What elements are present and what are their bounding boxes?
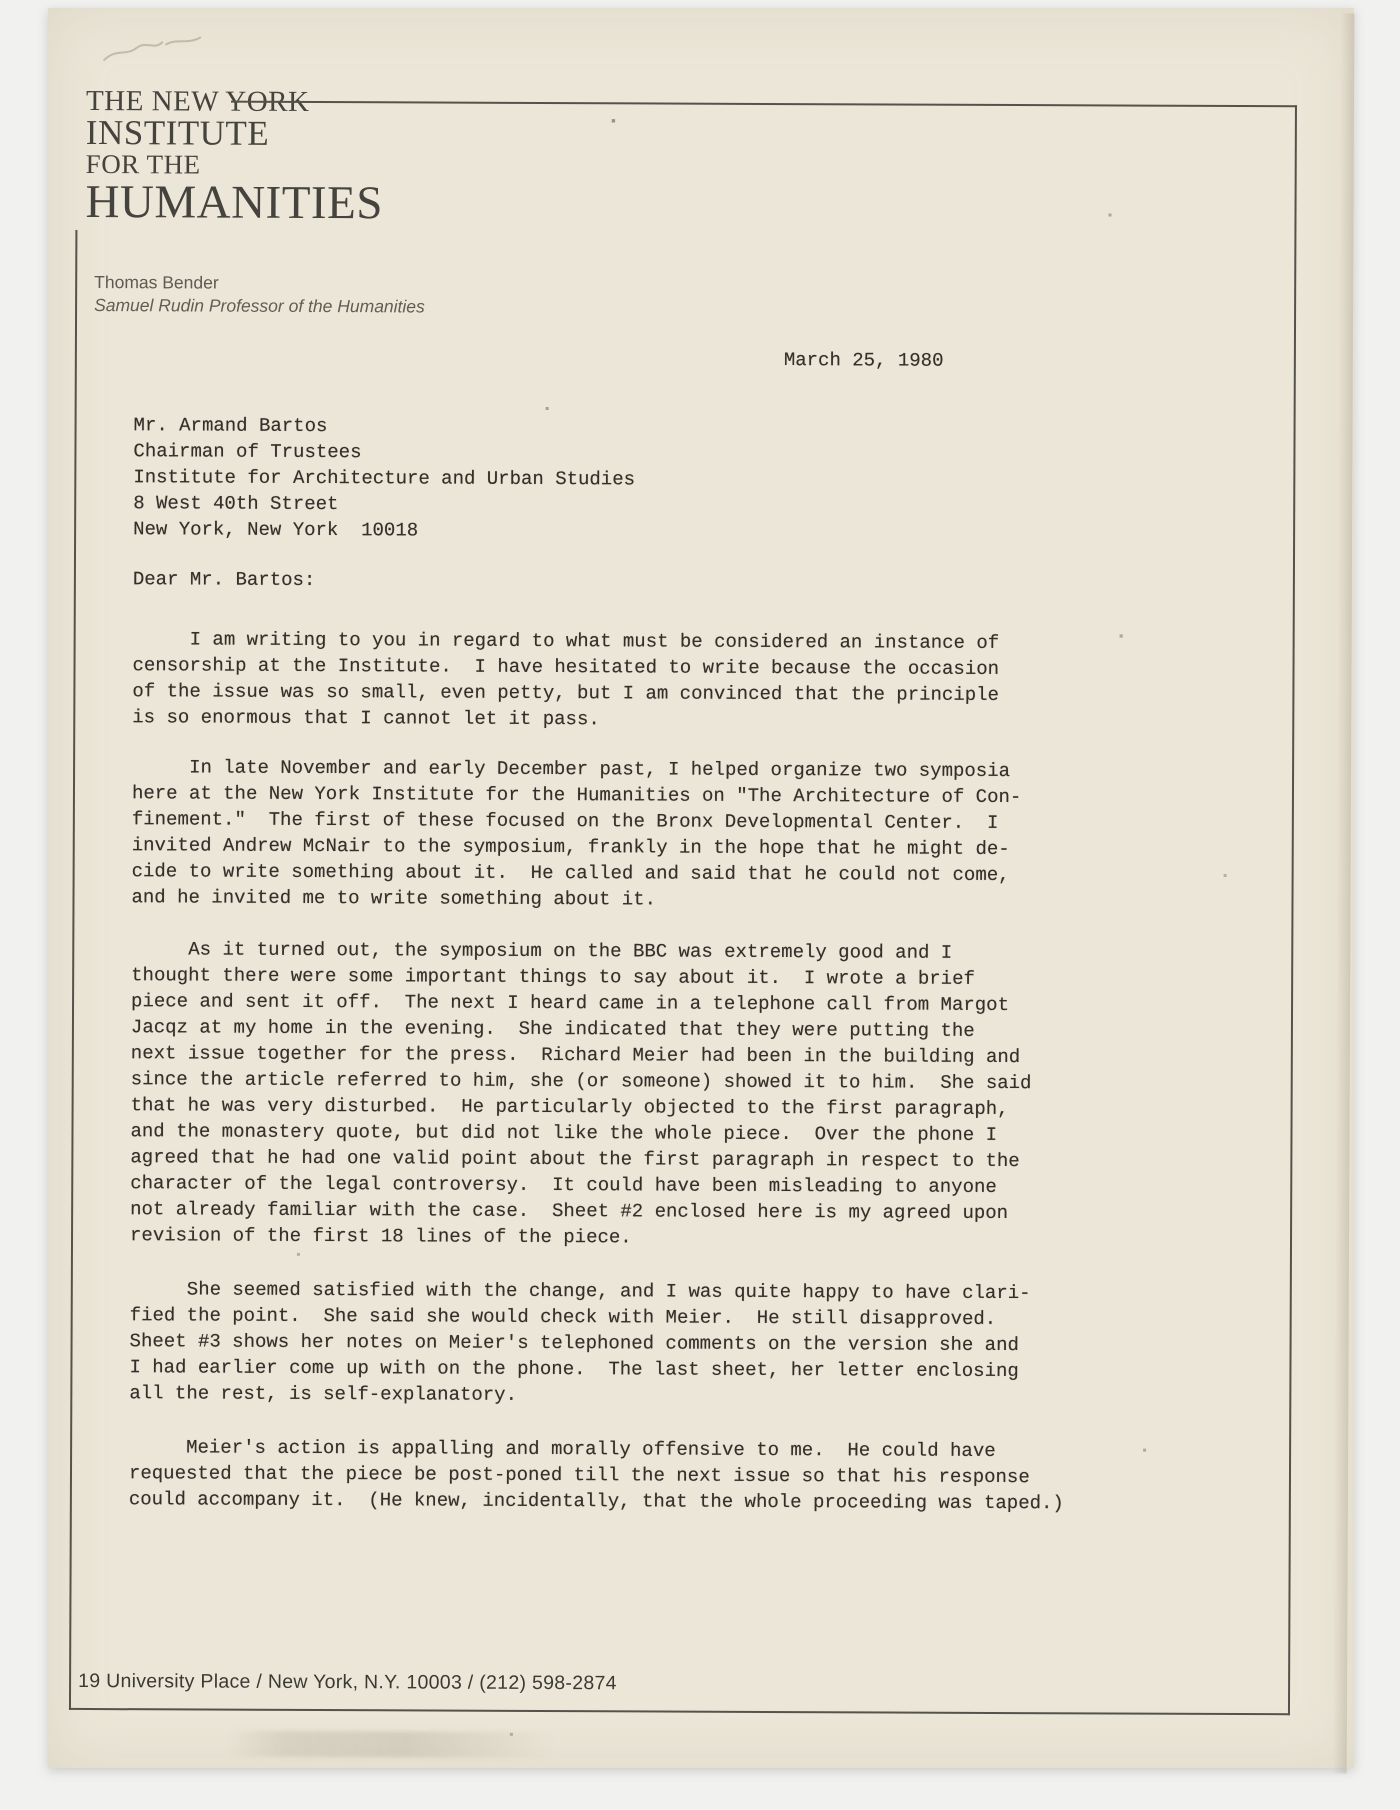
paragraph-1: I am writing to you in regard to what mu… [132, 626, 999, 734]
letter-paper: THE NEW YORK INSTITUTE FOR THE HUMANITIE… [48, 8, 1354, 1768]
pencil-mark [96, 30, 216, 76]
scan-background: THE NEW YORK INSTITUTE FOR THE HUMANITIE… [0, 0, 1400, 1810]
letterhead-footer-address: 19 University Place / New York, N.Y. 100… [78, 1670, 617, 1695]
letter-date: March 25, 1980 [784, 347, 944, 374]
paragraph-4: She seemed satisfied with the change, an… [129, 1276, 1030, 1410]
bleed-through-mark [226, 1731, 556, 1758]
scan-tilt-wrapper: THE NEW YORK INSTITUTE FOR THE HUMANITIE… [41, 8, 1355, 1774]
scan-specks [48, 8, 49, 9]
org-logo: THE NEW YORK INSTITUTE FOR THE HUMANITIE… [85, 86, 383, 226]
salutation: Dear Mr. Bartos: [133, 566, 316, 593]
paragraph-2: In late November and early December past… [131, 754, 1021, 914]
paper-edge-shadow [1333, 13, 1355, 1773]
letterhead-rule-bottom [69, 1708, 1290, 1715]
recipient-address: Mr. Armand Bartos Chairman of Trustees I… [133, 412, 635, 544]
letterhead-rule-left [69, 230, 77, 1710]
sender-name: Thomas Bender [94, 272, 219, 293]
sender-block: Thomas Bender Samuel Rudin Professor of … [94, 271, 425, 318]
sender-title: Samuel Rudin Professor of the Humanities [94, 294, 425, 318]
paragraph-5: Meier's action is appalling and morally … [129, 1434, 1064, 1516]
paragraph-3: As it turned out, the symposium on the B… [130, 936, 1032, 1252]
letterhead-rule-right [1288, 105, 1297, 1715]
org-logo-line: INSTITUTE [86, 116, 384, 150]
org-logo-line: HUMANITIES [85, 180, 383, 226]
letterhead-rule-top [231, 101, 1297, 108]
